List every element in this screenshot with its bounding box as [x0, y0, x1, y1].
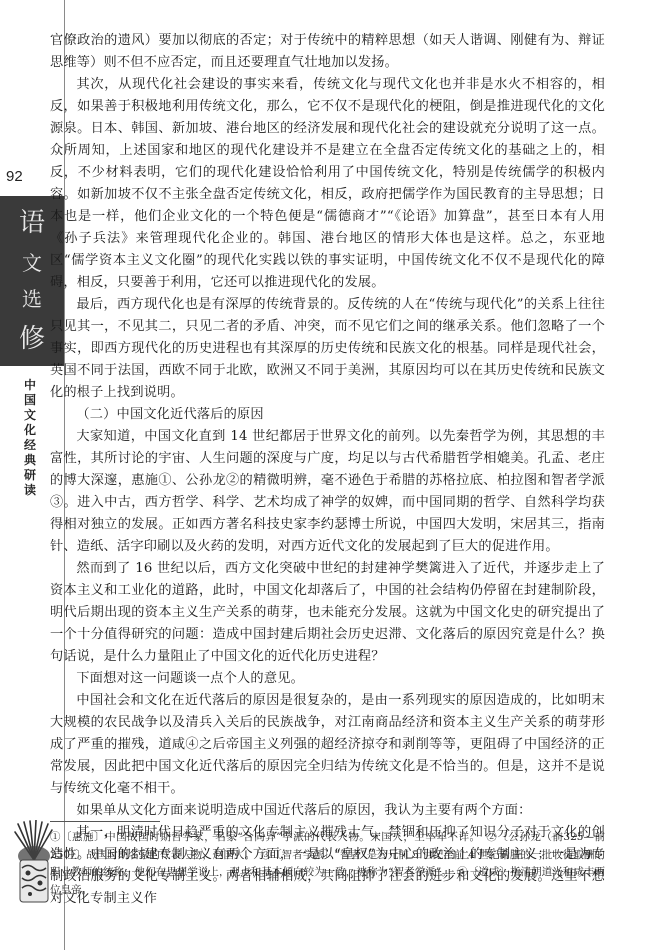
paragraph: 然而到了 16 世纪以后，西方文化突破中世纪的封建神学樊篱进入了近代，并逐步走上…: [50, 558, 605, 668]
body-text: 官僚政治的遗风）要加以彻底的否定；对于传统中的精粹思想（如天人谐调、刚健有为、辩…: [50, 30, 605, 910]
paragraph: 中国社会和文化在近代落后的原因是很复杂的，是由一系列现实的原因造成的，比如明末大…: [50, 690, 605, 800]
book-title-char: 文: [22, 253, 42, 273]
paragraph: 如果单从文化方面来说明造成中国近代落后的原因，我认为主要有两个方面：: [50, 800, 605, 822]
book-title-char: 修: [19, 326, 45, 352]
book-subtitle-char: 研: [20, 468, 40, 483]
book-subtitle-char: 化: [20, 423, 40, 438]
footnote-separator: [50, 821, 160, 822]
book-subtitle-char: 经: [20, 438, 40, 453]
paragraph: 下面想对这一问题谈一点个人的意见。: [50, 668, 605, 690]
book-subtitle-char: 文: [20, 408, 40, 423]
book-subtitle-char: 中: [20, 378, 40, 393]
paragraph: 官僚政治的遗风）要加以彻底的否定；对于传统中的精粹思想（如天人谐调、刚健有为、辩…: [50, 30, 605, 74]
footnotes: ①〔惠施〕中国战国时期哲学家，名家“合同异”学派的代表人物。宋国人，生卒年不详。…: [50, 829, 605, 899]
paragraph: 最后，西方现代化也是有深厚的传统背景的。反传统的人在“传统与现代化”的关系上往往…: [50, 294, 605, 404]
book-title-char: 选: [22, 289, 42, 309]
book-subtitle-char: 典: [20, 453, 40, 468]
paragraph: 其次，从现代化社会建设的事实来看，传统文化与现代文化也并非是水火不相容的，相反，…: [50, 74, 605, 294]
book-subtitle-char: 国: [20, 393, 40, 408]
page-number: 92: [6, 168, 56, 185]
section-heading: （二）中国文化近代落后的原因: [50, 404, 605, 426]
book-subtitle-char: 读: [20, 483, 40, 498]
book-title-char: 语: [19, 210, 45, 236]
paragraph: 大家知道，中国文化直到 14 世纪都居于世界文化的前列。以先秦哲学为例，其思想的…: [50, 426, 605, 558]
book-subtitle-vertical: 中 国 文 化 经 典 研 读: [20, 378, 40, 498]
brush-pot-icon: [12, 820, 56, 905]
